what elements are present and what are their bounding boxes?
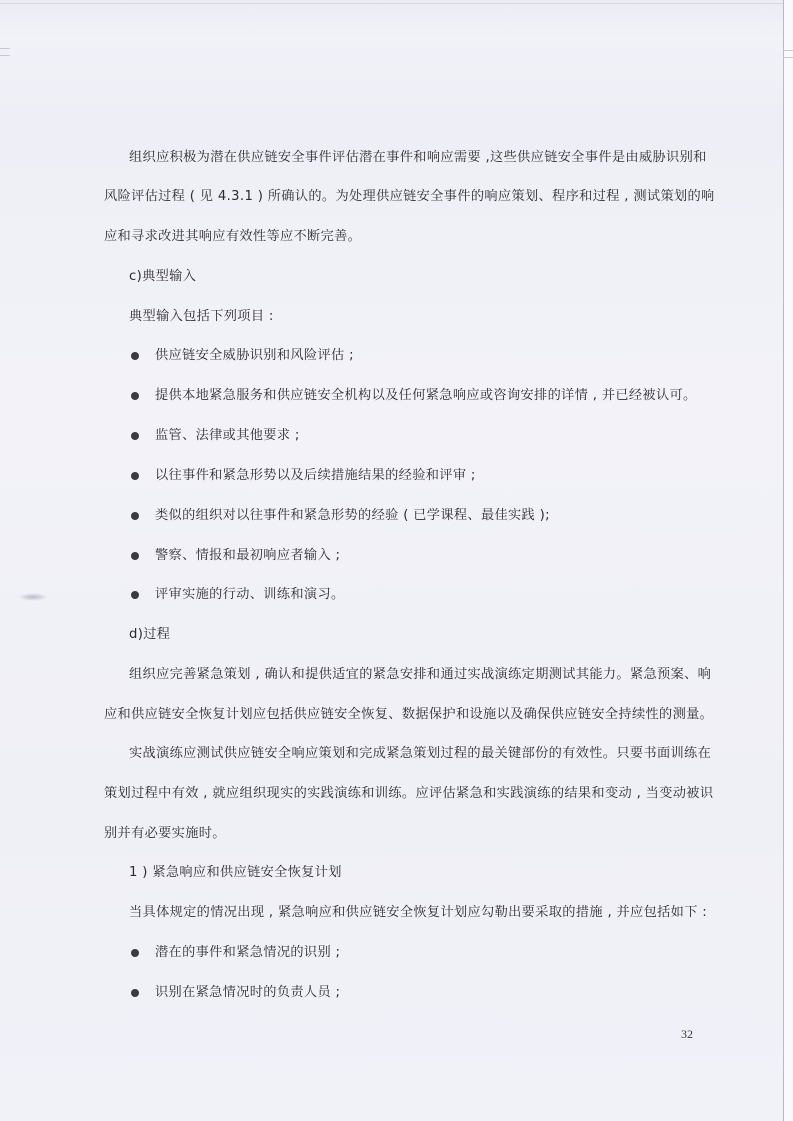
list-item-text: 供应链安全威胁识别和风险评估 ; — [155, 347, 354, 365]
paragraph-2-line-2: 应和供应链安全恢复计划应包括供应链安全恢复、数据保护和设施以及确保供应链安全持续… — [104, 706, 713, 724]
bullet-icon — [131, 552, 139, 560]
list-item-text: 警察、情报和最初响应者输入 ; — [155, 547, 340, 565]
scan-margin — [784, 0, 793, 1121]
paragraph-3-line-1: 实战演练应测试供应链安全响应策划和完成紧急策划过程的最关键部份的有效性。只要书面… — [129, 745, 711, 763]
list-item-text: 以往事件和紧急形势以及后续措施结果的经验和评审 ; — [155, 467, 476, 485]
bullet-icon — [131, 989, 139, 997]
section-c-heading: c)典型输入 — [129, 268, 196, 286]
paragraph-3-line-3: 别并有必要实施时。 — [104, 825, 226, 843]
paragraph-1-line-1: 组织应积极为潜在供应链安全事件评估潜在事件和响应需要 ,这些供应链安全事件是由威… — [129, 149, 707, 167]
list-item-text: 识别在紧急情况时的负责人员 ; — [155, 984, 340, 1002]
page-number: 32 — [681, 1027, 693, 1042]
paragraph-3-line-2: 策划过程中有效 , 就应组织现实的实践演练和训练。应评估紧急和实践演练的结果和变… — [104, 785, 713, 803]
bullet-icon — [131, 949, 139, 957]
list-item-text: 评审实施的行动、训练和演习。 — [155, 586, 345, 604]
subsection-1-heading: 1 ) 紧急响应和供应链安全恢复计划 — [129, 864, 342, 882]
fold-mark — [783, 50, 793, 58]
scan-smudge — [18, 593, 48, 601]
fold-mark — [0, 48, 10, 56]
list-item-text: 提供本地紧急服务和供应链安全机构以及任何紧急响应或咨询安排的详情 , 并已经被认… — [155, 387, 697, 405]
list-item-text: 类似的组织对以往事件和紧急形势的经验 ( 已学课程、最佳实践 ); — [155, 507, 550, 525]
bullet-icon — [131, 591, 139, 599]
list-item-text: 潜在的事件和紧急情况的识别 ; — [155, 944, 340, 962]
paragraph-1-line-2: 风险评估过程 ( 见 4.3.1 ) 所确认的。为处理供应链安全事件的响应策划、… — [104, 188, 715, 206]
scanned-page: 组织应积极为潜在供应链安全事件评估潜在事件和响应需要 ,这些供应链安全事件是由威… — [0, 0, 784, 1121]
inputs-intro: 典型输入包括下列项目 : — [129, 308, 274, 326]
plan-intro: 当具体规定的情况出现 , 紧急响应和供应链安全恢复计划应勾勒出要采取的措施 , … — [129, 904, 707, 922]
scan-edge-line — [0, 3, 783, 4]
bullet-icon — [131, 432, 139, 440]
section-d-heading: d)过程 — [129, 626, 170, 644]
list-item-text: 监管、法律或其他要求 ; — [155, 427, 300, 445]
bullet-icon — [131, 352, 139, 360]
bullet-icon — [131, 472, 139, 480]
bullet-icon — [131, 392, 139, 400]
bullet-icon — [131, 512, 139, 520]
paragraph-2-line-1: 组织应完善紧急策划 , 确认和提供适宜的紧急安排和通过实战演练定期测试其能力。紧… — [129, 666, 711, 684]
paragraph-1-line-3: 应和寻求改进其响应有效性等应不断完善。 — [104, 228, 361, 246]
